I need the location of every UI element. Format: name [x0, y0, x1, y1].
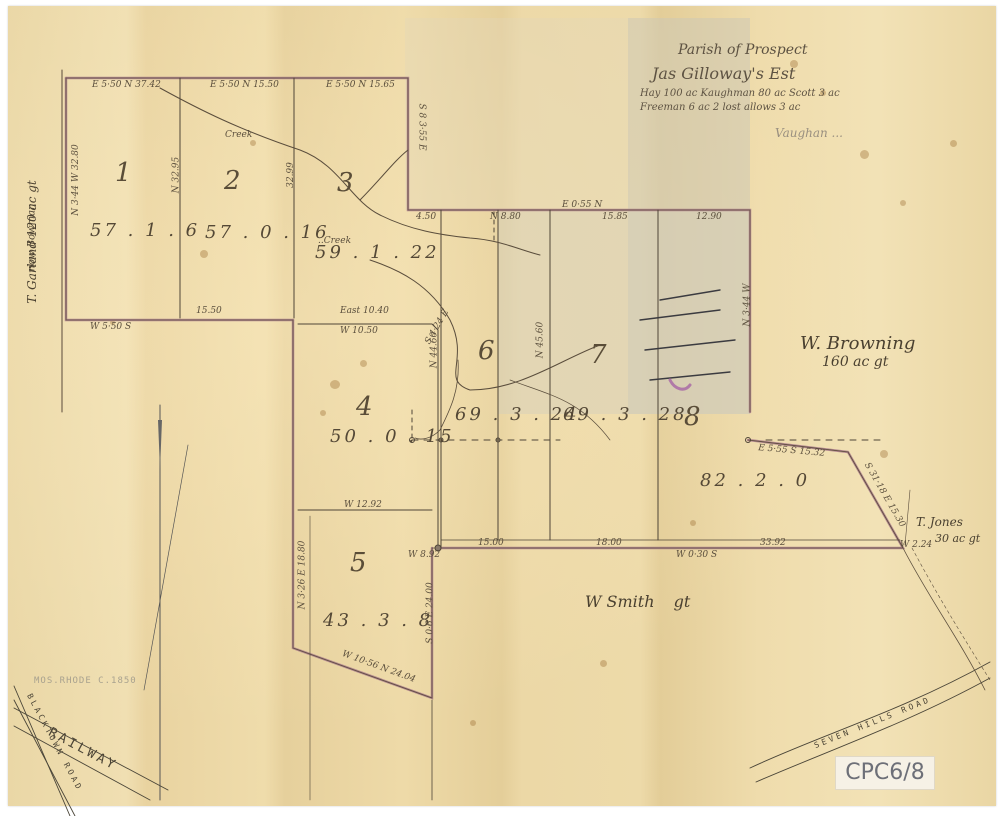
bearing-lot4-top: W 10.50 [340, 326, 378, 336]
lot-2-area: 57 . 0 . 16 [205, 222, 330, 243]
bearing-lot5-corner: W 8.92 [408, 550, 440, 560]
bearing-s-line3: 33.92 [760, 538, 786, 548]
lot-7-area: 69 . 3 . 28 [563, 404, 688, 425]
neighbour-jones: T. Jones [916, 515, 963, 529]
bearing-c4: 12.90 [696, 212, 722, 222]
lot-4-number: 4 [356, 392, 373, 422]
lot-2-number: 2 [224, 166, 241, 196]
neighbour-smith-label: W Smith [585, 592, 655, 611]
creek-label-2: ..Creek [318, 236, 351, 246]
bearing-div1: N 32.95 [171, 157, 181, 194]
title-parish: Parish of Prospect [678, 42, 807, 58]
bearing-mid-top: E 0·55 N [562, 200, 602, 210]
title-line4: Freeman 6 ac 2 lost allows 3 ac [640, 102, 800, 113]
bearing-w-bottom1: W 5·50 S [90, 322, 131, 332]
bearing-s-bearing: W 0·30 S [676, 550, 717, 560]
title-line3: Hay 100 ac Kaughman 80 ac Scott 3 ac [640, 88, 840, 99]
bearing-c3: 15.85 [602, 212, 628, 222]
creek-label: Creek [225, 130, 252, 140]
bearing-top3: E 5·50 N 15.65 [326, 80, 395, 90]
title-faint: Vaughan ... [775, 126, 843, 140]
lot-8-area: 82 . 2 . 0 [700, 470, 810, 491]
bearing-s-line2: 18.00 [596, 538, 622, 548]
bearing-w-bottom2: 15.50 [196, 306, 222, 316]
lot-3-number: 3 [337, 168, 354, 198]
lot-1-area: 57 . 1 . 6 [90, 220, 200, 241]
bearing-c2: N 8.80 [490, 212, 521, 222]
lot-6-area: 69 . 3 . 24 [455, 404, 580, 425]
bearing-top1: E 5·50 N 37.42 [92, 80, 161, 90]
bearing-top2: E 5·50 N 15.50 [210, 80, 279, 90]
bearing-left-side: N 3·44 W 32.80 [71, 144, 81, 216]
bearing-lot4-top2: East 10.40 [340, 306, 389, 316]
bearing-jones-corner: W 2.24 [900, 540, 932, 550]
neighbour-west-sub: now Bowman [27, 203, 38, 271]
bearing-lot5-left: N 3·26 E 18.80 [297, 541, 307, 610]
neighbour-smith: W Smith gt [585, 592, 690, 611]
neighbour-browning-area: 160 ac gt [822, 354, 888, 370]
neighbour-browning: W. Browning [800, 333, 915, 354]
neighbour-jones-area: 30 ac gt [935, 532, 980, 545]
bearing-s-line1: 15.00 [478, 538, 504, 548]
bearing-right-edge: N 3·44 W [742, 284, 752, 327]
lot-1-number: 1 [115, 158, 132, 188]
mirrored-stamp: MOS.RHODE C.1850 [34, 676, 137, 686]
lot-7-number: 7 [590, 340, 607, 370]
lot-8-number: 8 [684, 402, 701, 432]
lot-5-area: 43 . 3 . 8 [323, 610, 433, 631]
bearing-n-div6: N 44.60 [429, 332, 439, 369]
neighbour-smith-suffix: gt [674, 592, 691, 611]
bearing-c1: 4.50 [416, 212, 436, 222]
lot-5-number: 5 [350, 548, 367, 578]
catalog-label: CPC6/8 [835, 756, 935, 790]
bearing-div2: 32.99 [286, 162, 296, 188]
bearing-lot5-right: S 0·6 E 24.00 [426, 582, 436, 643]
bearing-east3: S 8 3·55 E [417, 103, 427, 150]
lot-4-area: 50 . 0 . 15 [330, 426, 455, 447]
bearing-lot5-top: W 12.92 [344, 500, 382, 510]
bearing-n-div7: N 45.60 [535, 322, 545, 359]
title-estate: Jas Gilloway's Est [652, 64, 795, 83]
lot-6-number: 6 [478, 336, 495, 366]
